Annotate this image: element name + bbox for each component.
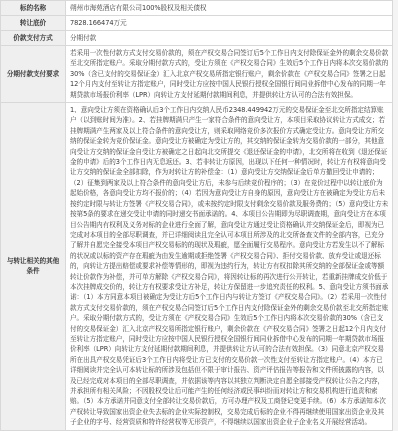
- table-row-other-conditions: 与转让相关的其他条件 1、意向受让方须在资格确认后3个工作日内交纳人民币2348…: [1, 103, 393, 427]
- field-value-payment-method: 分期付款: [66, 31, 393, 46]
- field-label-reserve-price: 转让底价: [1, 16, 66, 31]
- field-value-other-conditions: 1、意向受让方须在资格确认后3个工作日内交纳人民币2348.449942万元的交…: [66, 103, 393, 427]
- table-row-payment-method: 价款支付方式 分期付款: [1, 31, 393, 46]
- field-label-installment-requirements: 分期付款支付要求: [1, 46, 66, 103]
- field-label-other-conditions: 与转让相关的其他条件: [1, 103, 66, 427]
- field-label-payment-method: 价款支付方式: [1, 31, 66, 46]
- table-row-reserve-price: 转让底价 7828.166474万元: [1, 16, 393, 31]
- field-value-installment-requirements: 若采用一次性付款方式支付交易价款的，须在产权交易合同签订后5个工作日内支付除保证…: [66, 46, 393, 103]
- field-value-reserve-price: 7828.166474万元: [66, 16, 393, 31]
- transfer-info-panel: 标的名称 朔州市海苑酒店有限公司100%股权及相关债权 转让底价 7828.16…: [0, 0, 393, 427]
- transfer-info-table: 标的名称 朔州市海苑酒店有限公司100%股权及相关债权 转让底价 7828.16…: [0, 0, 393, 427]
- table-row-installment-requirements: 分期付款支付要求 若采用一次性付款方式支付交易价款的，须在产权交易合同签订后5个…: [1, 46, 393, 103]
- field-value-target-name: 朔州市海苑酒店有限公司100%股权及相关债权: [66, 1, 393, 16]
- table-row-target-name: 标的名称 朔州市海苑酒店有限公司100%股权及相关债权: [1, 1, 393, 16]
- field-label-target-name: 标的名称: [1, 1, 66, 16]
